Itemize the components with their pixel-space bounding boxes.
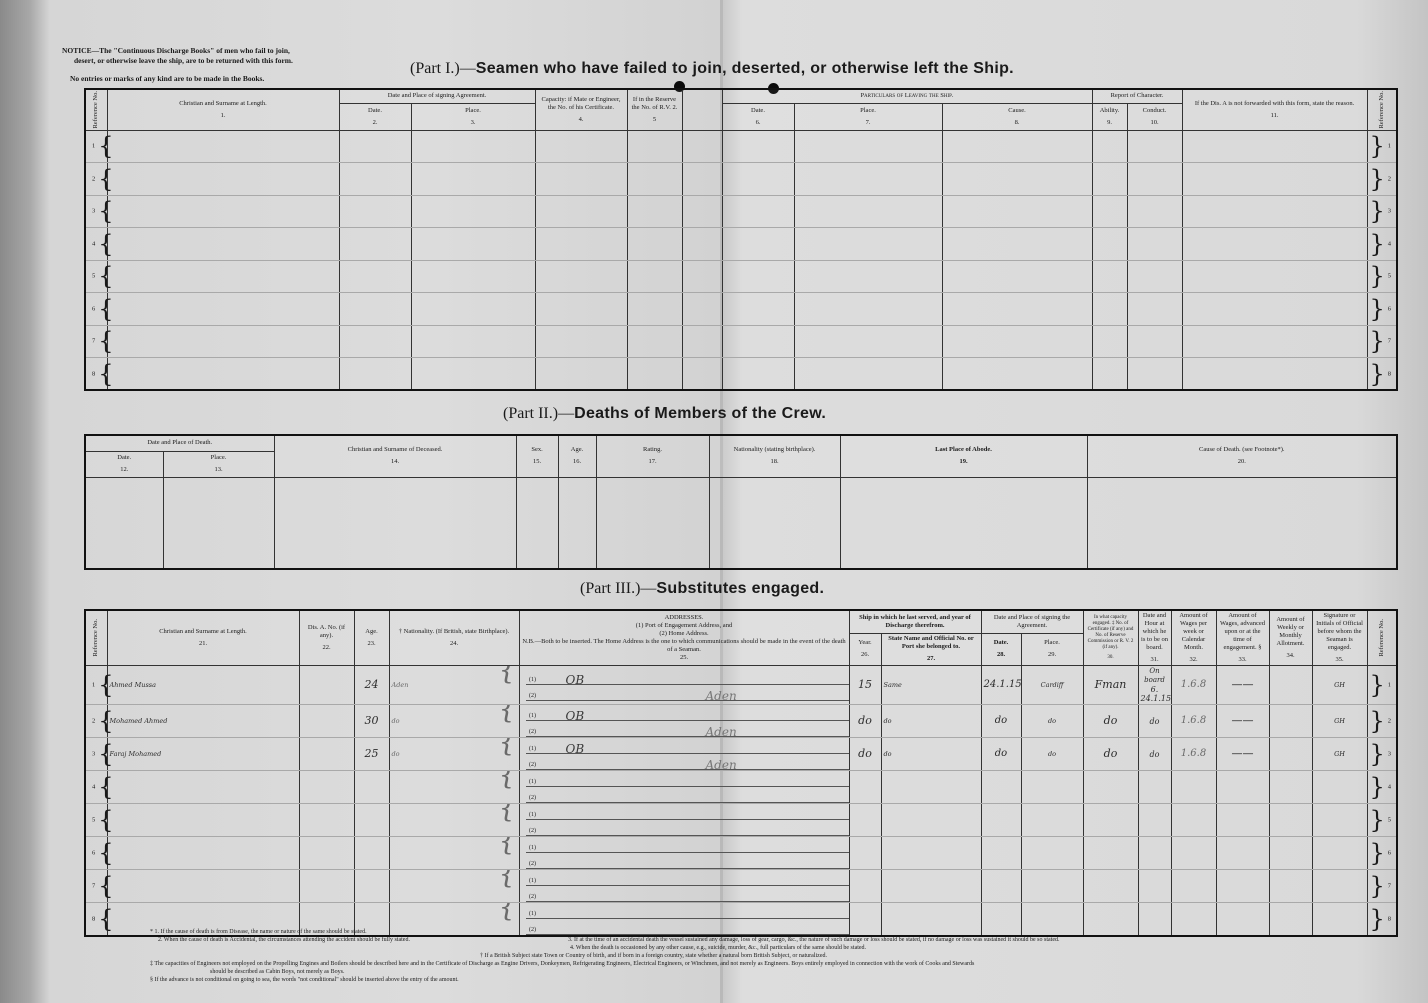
ability-header: Ability.9. — [1092, 103, 1127, 130]
substitute-row: 4{ { (1) (2) }4 — [85, 771, 1397, 804]
ship-name-cell[interactable]: do — [881, 705, 981, 738]
blank-cell[interactable] — [411, 260, 535, 293]
brace-icon: { — [98, 839, 113, 867]
brace-icon: } — [1370, 360, 1385, 388]
ref-cell: 5{ — [85, 260, 107, 293]
dis-a-cell[interactable] — [299, 870, 354, 903]
ref-right-cell: }7 — [1367, 325, 1397, 358]
ship-name-header: State Name and Official No. or Port she … — [881, 633, 981, 665]
brace-icon: { — [98, 165, 113, 193]
blank-cell[interactable] — [107, 260, 339, 293]
name-header: Christian and Surname at Length.1. — [107, 89, 339, 130]
blank-cell[interactable] — [107, 163, 339, 196]
blank-cell[interactable] — [627, 358, 682, 391]
seaman-row: 1{}1 — [85, 130, 1397, 163]
allotment-cell[interactable] — [1269, 804, 1312, 837]
blank-cell[interactable] — [942, 293, 1092, 326]
year-cell[interactable] — [849, 870, 881, 903]
notice-line-1: NOTICE—The "Continuous Discharge Books" … — [62, 46, 293, 56]
brace-icon: { — [98, 132, 113, 160]
ref-right-header: Reference No. — [1367, 610, 1397, 666]
seaman-row: 3{}3 — [85, 195, 1397, 228]
age-cell[interactable] — [354, 771, 389, 804]
blank-cell[interactable] — [1092, 325, 1127, 358]
brace-icon: { — [98, 905, 113, 933]
blank-cell[interactable] — [1182, 228, 1367, 261]
age-cell[interactable]: 25 — [354, 738, 389, 771]
year-cell[interactable]: do — [849, 738, 881, 771]
address-cell[interactable]: (1) (2) — [519, 837, 849, 870]
blank-cell[interactable] — [722, 358, 794, 391]
blank-cell[interactable] — [339, 195, 411, 228]
blank-cell[interactable] — [1182, 195, 1367, 228]
seaman-name-cell[interactable] — [107, 837, 299, 870]
address-cell[interactable]: (1) (2) — [519, 804, 849, 837]
ship-name-cell[interactable] — [881, 804, 981, 837]
blank-cell[interactable] — [535, 228, 627, 261]
wages-cell[interactable] — [1171, 870, 1216, 903]
ref-right-cell: }2 — [1367, 163, 1397, 196]
character-group-header: Report of Character. — [1092, 89, 1182, 103]
footnote-4: 4. When the death is occasioned by any o… — [150, 944, 1310, 952]
brace-icon: } — [1370, 740, 1385, 768]
allotment-header: Amount of Weekly or Monthly Allotment.34… — [1269, 610, 1312, 666]
board-cell[interactable]: do — [1138, 738, 1171, 771]
ship-name-cell[interactable]: do — [881, 738, 981, 771]
wages-cell[interactable]: 1.6.8 — [1171, 666, 1216, 705]
blank-cell[interactable] — [942, 228, 1092, 261]
wages-header: Amount of Wages per week or Calendar Mon… — [1171, 610, 1216, 666]
signature-cell[interactable] — [1312, 804, 1367, 837]
blank-cell[interactable] — [1182, 260, 1367, 293]
footnote-dagger: † If a British Subject state Town or Cou… — [150, 952, 1310, 960]
capacity-cell[interactable]: Fman — [1083, 666, 1138, 705]
advance-cell[interactable] — [1216, 771, 1269, 804]
reserve-header: If in the Reserve the No. of R.V. 2.5 — [627, 89, 682, 130]
blank-cell[interactable] — [1092, 293, 1127, 326]
year-cell[interactable] — [849, 837, 881, 870]
ref-right-cell: }3 — [1367, 195, 1397, 228]
blank-cell[interactable] — [339, 293, 411, 326]
part3-title: (Part III.)—Substitutes engaged. — [580, 580, 824, 598]
footnotes: * 1. If the cause of death is from Disea… — [150, 928, 1310, 984]
blank-cell[interactable] — [682, 130, 722, 163]
brace-icon: } — [1370, 295, 1385, 323]
blank-cell[interactable] — [942, 358, 1092, 391]
capacity-cell[interactable]: do — [1083, 705, 1138, 738]
blank-cell[interactable] — [722, 195, 794, 228]
agreement-date-cell[interactable]: 24.1.15 — [981, 666, 1021, 705]
blank-cell[interactable] — [411, 325, 535, 358]
seaman-name-cell[interactable] — [107, 870, 299, 903]
blank-cell[interactable] — [722, 130, 794, 163]
brace-icon: } — [1370, 872, 1385, 900]
blank-cell[interactable] — [794, 325, 942, 358]
wages-cell[interactable] — [1171, 771, 1216, 804]
allotment-cell[interactable] — [1269, 666, 1312, 705]
year-cell[interactable] — [849, 771, 881, 804]
blank-cell[interactable] — [1182, 130, 1367, 163]
blank-cell[interactable] — [411, 293, 535, 326]
ref-right-cell: }5 — [1367, 804, 1397, 837]
wages-cell[interactable] — [1171, 804, 1216, 837]
age-cell[interactable] — [354, 804, 389, 837]
dis-a-cell[interactable] — [299, 771, 354, 804]
ref-cell: 6{ — [85, 293, 107, 326]
board-cell[interactable]: On board6. 24.1.15 — [1138, 666, 1171, 705]
age-header: Age.23. — [354, 610, 389, 666]
brace-icon: { — [98, 773, 113, 801]
blank-cell[interactable] — [1092, 358, 1127, 391]
blank-cell[interactable] — [627, 293, 682, 326]
wages-cell[interactable]: 1.6.8 — [1171, 705, 1216, 738]
agreement-date-cell[interactable]: do — [981, 705, 1021, 738]
blank-cell[interactable] — [1127, 325, 1182, 358]
blank-cell[interactable] — [1182, 163, 1367, 196]
allotment-cell[interactable] — [1269, 705, 1312, 738]
blank-cell[interactable] — [107, 293, 339, 326]
blank-cell[interactable] — [535, 358, 627, 391]
ref-right-cell: }2 — [1367, 705, 1397, 738]
blank-cell[interactable] — [627, 228, 682, 261]
agreement-place-cell[interactable]: Cardiff — [1021, 666, 1083, 705]
advance-header: Amount of Wages, advanced upon or at the… — [1216, 610, 1269, 666]
ref-cell: 6{ — [85, 837, 107, 870]
cause-of-death-header: Cause of Death. (see Footnote*).20. — [1087, 435, 1397, 477]
agreement-place-cell[interactable] — [1021, 804, 1083, 837]
allotment-cell[interactable] — [1269, 771, 1312, 804]
blank-cell[interactable] — [1092, 260, 1127, 293]
blank-cell[interactable] — [535, 260, 627, 293]
ref-cell: 2{ — [85, 163, 107, 196]
ref-cell: 4{ — [85, 771, 107, 804]
advance-cell[interactable] — [1216, 870, 1269, 903]
signature-cell[interactable] — [1312, 837, 1367, 870]
blank-cell[interactable] — [627, 325, 682, 358]
allotment-cell[interactable] — [1269, 738, 1312, 771]
date-header: Date.2. — [339, 103, 411, 130]
dis-a-cell[interactable] — [299, 804, 354, 837]
dis-a-cell[interactable] — [299, 666, 354, 705]
blank-cell[interactable] — [682, 325, 722, 358]
seaman-row: 5{}5 — [85, 260, 1397, 293]
substitute-row: 3{ Faraj Mohamed 25 do{ (1)OB (2)Aden do… — [85, 738, 1397, 771]
signature-cell[interactable] — [1312, 870, 1367, 903]
brace-icon: { — [499, 738, 517, 746]
blank-cell[interactable] — [682, 228, 722, 261]
capacity-cell[interactable]: do — [1083, 738, 1138, 771]
ref-right-cell: }8 — [1367, 903, 1397, 937]
blank-cell[interactable] — [1182, 293, 1367, 326]
brace-icon: } — [1370, 327, 1385, 355]
blank-cell[interactable] — [411, 163, 535, 196]
blank-cell[interactable] — [722, 325, 794, 358]
ref-header: Reference No. — [85, 89, 107, 130]
signature-cell[interactable] — [1312, 771, 1367, 804]
board-cell[interactable] — [1138, 870, 1171, 903]
agreement-place-cell[interactable] — [1021, 837, 1083, 870]
ref-cell: 5{ — [85, 804, 107, 837]
agreement-group-header: Date and Place of signing the Agreement. — [981, 610, 1083, 633]
signature-cell[interactable]: GH — [1312, 666, 1367, 705]
blank-cell[interactable] — [339, 228, 411, 261]
blank-cell[interactable] — [339, 325, 411, 358]
brace-icon: } — [1370, 839, 1385, 867]
year-cell[interactable]: 15 — [849, 666, 881, 705]
capacity-header: Capacity: if Mate or Engineer, the No. o… — [535, 89, 627, 130]
blank-cell[interactable] — [942, 260, 1092, 293]
blank-cell[interactable] — [339, 358, 411, 391]
allotment-cell[interactable] — [1269, 870, 1312, 903]
nationality-cell[interactable]: { — [389, 870, 519, 903]
blank-cell[interactable] — [411, 358, 535, 391]
blank-cell[interactable] — [339, 260, 411, 293]
blank-cell[interactable] — [1092, 228, 1127, 261]
blank-cell[interactable] — [682, 293, 722, 326]
blank-cell[interactable] — [535, 195, 627, 228]
footnote-section: § If the advance is not conditional on g… — [150, 976, 1310, 984]
ref-header: Reference No. — [85, 610, 107, 666]
ref-right-cell: }1 — [1367, 666, 1397, 705]
nationality-cell[interactable]: do{ — [389, 738, 519, 771]
dis-a-cell[interactable] — [299, 705, 354, 738]
address-cell[interactable]: (1)OB (2)Aden — [519, 705, 849, 738]
agreement-date-cell[interactable] — [981, 837, 1021, 870]
blank-cell[interactable] — [1092, 195, 1127, 228]
place-header: Place.3. — [411, 103, 535, 130]
blank-cell[interactable] — [107, 195, 339, 228]
seaman-name-cell[interactable]: Mohamed Ahmed — [107, 705, 299, 738]
part2-title: (Part II.)—Deaths of Members of the Crew… — [503, 405, 826, 423]
blank-cell[interactable] — [1127, 163, 1182, 196]
blank-cell[interactable] — [942, 195, 1092, 228]
brace-icon: } — [1370, 132, 1385, 160]
brace-icon: { — [499, 870, 517, 878]
dis-a-cell[interactable] — [299, 738, 354, 771]
advance-cell[interactable]: —— — [1216, 705, 1269, 738]
dis-a-header: Dis. A. No. (if any).22. — [299, 610, 354, 666]
brace-icon: } — [1370, 671, 1385, 699]
blank-cell[interactable] — [722, 163, 794, 196]
seaman-name-cell[interactable] — [107, 804, 299, 837]
blank-cell[interactable] — [535, 325, 627, 358]
year-cell[interactable]: do — [849, 705, 881, 738]
dis-reason-header: If the Dis. A is not forwarded with this… — [1182, 89, 1367, 130]
age-header: Age.16. — [558, 435, 596, 477]
seaman-name-cell[interactable]: Ahmed Mussa — [107, 666, 299, 705]
part3-heading: Substitutes engaged. — [656, 580, 824, 597]
nationality-cell[interactable]: { — [389, 804, 519, 837]
agreement-place-cell[interactable]: do — [1021, 738, 1083, 771]
ship-name-cell[interactable] — [881, 837, 981, 870]
seaman-row: 6{}6 — [85, 293, 1397, 326]
board-cell[interactable] — [1138, 771, 1171, 804]
blank-cell[interactable] — [722, 260, 794, 293]
brace-icon: { — [499, 903, 517, 911]
blank-cell[interactable] — [1127, 260, 1182, 293]
name-header: Christian and Surname at Length.21. — [107, 610, 299, 666]
blank-cell[interactable] — [1182, 358, 1367, 391]
wages-cell[interactable]: 1.6.8 — [1171, 738, 1216, 771]
conduct-header: Conduct.10. — [1127, 103, 1182, 130]
footnote-1: * 1. If the cause of death is from Disea… — [150, 928, 367, 936]
blank-cell[interactable] — [1127, 293, 1182, 326]
ref-cell: 2{ — [85, 705, 107, 738]
brace-icon: } — [1370, 230, 1385, 258]
rating-header: Rating.17. — [596, 435, 709, 477]
board-cell[interactable] — [1138, 837, 1171, 870]
seaman-name-cell[interactable]: Faraj Mohamed — [107, 738, 299, 771]
ref-cell: 4{ — [85, 228, 107, 261]
blank-cell[interactable] — [794, 293, 942, 326]
age-cell[interactable]: 30 — [354, 705, 389, 738]
ref-right-header: Reference No. — [1367, 89, 1397, 130]
signature-cell[interactable]: GH — [1312, 705, 1367, 738]
address-cell[interactable]: (1) (2) — [519, 771, 849, 804]
blank-cell[interactable] — [794, 228, 942, 261]
capacity-cell[interactable] — [1083, 804, 1138, 837]
seaman-row: 7{}7 — [85, 325, 1397, 358]
capacity-cell[interactable] — [1083, 837, 1138, 870]
blank-cell[interactable] — [535, 293, 627, 326]
brace-icon: { — [98, 262, 113, 290]
blank-cell[interactable] — [1182, 325, 1367, 358]
ref-right-cell: }5 — [1367, 260, 1397, 293]
address-cell[interactable]: (1) (2) — [519, 870, 849, 903]
agreement-place-cell[interactable] — [1021, 870, 1083, 903]
blank-cell[interactable] — [682, 195, 722, 228]
blank-cell[interactable] — [682, 260, 722, 293]
death-entry-row — [85, 477, 1397, 569]
seaman-name-cell[interactable] — [107, 771, 299, 804]
part3-lead: (Part III.)— — [580, 580, 656, 597]
capacity-cell[interactable] — [1083, 771, 1138, 804]
agreement-date-cell[interactable] — [981, 804, 1021, 837]
blank-cell[interactable] — [722, 293, 794, 326]
agreement-date-cell[interactable]: do — [981, 738, 1021, 771]
death-group-header: Date and Place of Death. — [85, 435, 274, 451]
blank-cell[interactable] — [682, 163, 722, 196]
signature-cell[interactable] — [1312, 903, 1367, 937]
blank-cell[interactable] — [1127, 358, 1182, 391]
advance-cell[interactable]: —— — [1216, 738, 1269, 771]
address-cell[interactable]: (1)OB (2)Aden — [519, 738, 849, 771]
brace-icon: } — [1370, 197, 1385, 225]
dis-a-cell[interactable] — [299, 837, 354, 870]
part3-table: Reference No. Christian and Surname at L… — [84, 609, 1398, 937]
agreement-place-cell[interactable]: do — [1021, 705, 1083, 738]
blank-cell[interactable] — [535, 130, 627, 163]
blank-cell[interactable] — [794, 130, 942, 163]
blank-cell[interactable] — [107, 325, 339, 358]
brace-icon: { — [499, 771, 517, 779]
nationality-cell[interactable]: do{ — [389, 705, 519, 738]
seaman-row: 8{}8 — [85, 358, 1397, 391]
blank-cell[interactable] — [942, 130, 1092, 163]
blank-cell[interactable] — [1127, 130, 1182, 163]
advance-cell[interactable] — [1216, 837, 1269, 870]
brace-icon: { — [98, 230, 113, 258]
agr-place-header: Place.29. — [1021, 633, 1083, 665]
abode-header: Last Place of Abode.19. — [840, 435, 1087, 477]
blank-cell[interactable] — [627, 195, 682, 228]
nationality-cell[interactable]: Aden{ — [389, 666, 519, 705]
agreement-place-cell[interactable] — [1021, 771, 1083, 804]
ref-right-cell: }7 — [1367, 870, 1397, 903]
blank-cell[interactable] — [794, 195, 942, 228]
blank-cell[interactable] — [942, 325, 1092, 358]
blank-cell[interactable] — [107, 228, 339, 261]
nationality-header: † Nationality. (If British, state Birthp… — [389, 610, 519, 666]
blank-cell[interactable] — [339, 163, 411, 196]
blank-cell[interactable] — [1092, 163, 1127, 196]
ship-name-cell[interactable]: Same — [881, 666, 981, 705]
board-cell[interactable] — [1138, 804, 1171, 837]
ship-name-cell[interactable] — [881, 870, 981, 903]
blank-cell[interactable] — [627, 260, 682, 293]
blank-cell[interactable] — [107, 358, 339, 391]
allotment-cell[interactable] — [1269, 837, 1312, 870]
age-cell[interactable]: 24 — [354, 666, 389, 705]
blank-cell[interactable] — [107, 130, 339, 163]
blank-cell[interactable] — [627, 130, 682, 163]
blank-cell[interactable] — [794, 163, 942, 196]
blank-cell[interactable] — [411, 130, 535, 163]
ship-name-cell[interactable] — [881, 771, 981, 804]
wages-cell[interactable] — [1171, 837, 1216, 870]
part1-table: Reference No. Christian and Surname at L… — [84, 88, 1398, 391]
board-cell[interactable]: do — [1138, 705, 1171, 738]
blank-cell[interactable] — [722, 228, 794, 261]
ref-cell: 7{ — [85, 325, 107, 358]
brace-icon: { — [499, 705, 517, 713]
blank-cell[interactable] — [339, 130, 411, 163]
agreement-date-cell[interactable] — [981, 870, 1021, 903]
leave-date-header: Date.6. — [722, 103, 794, 130]
blank-cell[interactable] — [1092, 130, 1127, 163]
brace-icon: } — [1370, 707, 1385, 735]
advance-cell[interactable]: —— — [1216, 666, 1269, 705]
blank-cell[interactable] — [411, 195, 535, 228]
ref-right-cell: }3 — [1367, 738, 1397, 771]
year-cell[interactable] — [849, 804, 881, 837]
blank-cell[interactable] — [1127, 228, 1182, 261]
signature-cell[interactable]: GH — [1312, 738, 1367, 771]
address-cell[interactable]: (1)OB (2)Aden — [519, 666, 849, 705]
blank-cell[interactable] — [794, 260, 942, 293]
nationality-cell[interactable]: { — [389, 771, 519, 804]
capacity-cell[interactable] — [1083, 870, 1138, 903]
blank-cell[interactable] — [682, 358, 722, 391]
blank-cell[interactable] — [942, 163, 1092, 196]
agreement-date-cell[interactable] — [981, 771, 1021, 804]
brace-icon: { — [499, 837, 517, 845]
age-cell[interactable] — [354, 870, 389, 903]
substitute-row: 2{ Mohamed Ahmed 30 do{ (1)OB (2)Aden do… — [85, 705, 1397, 738]
blank-cell[interactable] — [535, 163, 627, 196]
blank-cell[interactable] — [627, 163, 682, 196]
ref-right-cell: }4 — [1367, 771, 1397, 804]
advance-cell[interactable] — [1216, 804, 1269, 837]
age-cell[interactable] — [354, 837, 389, 870]
brace-icon: } — [1370, 262, 1385, 290]
nationality-cell[interactable]: { — [389, 837, 519, 870]
blank-cell[interactable] — [411, 228, 535, 261]
blank-cell[interactable] — [794, 358, 942, 391]
ref-cell: 1{ — [85, 666, 107, 705]
ref-right-cell: }6 — [1367, 293, 1397, 326]
blank-cell[interactable] — [1127, 195, 1182, 228]
